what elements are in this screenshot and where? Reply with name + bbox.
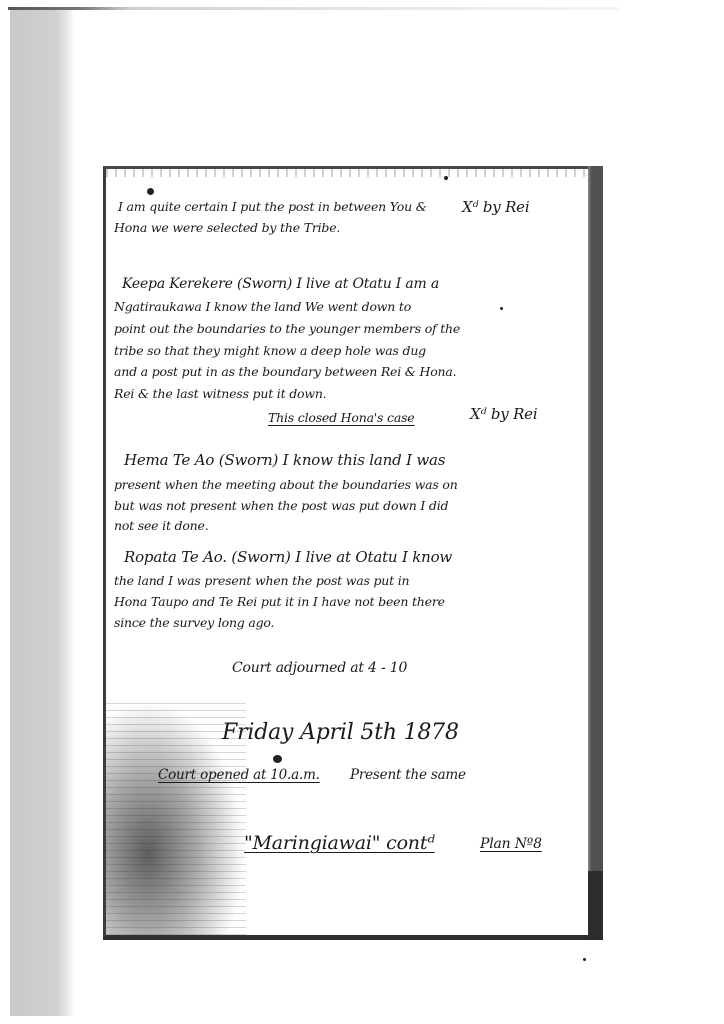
ink-speck — [444, 176, 448, 180]
text-line: Hona we were selected by the Tribe. — [114, 220, 340, 235]
text-line: Rei & the last witness put it down. — [114, 386, 326, 401]
page-top-speckle — [106, 169, 586, 177]
ink-speck — [583, 958, 586, 961]
text-line: Hona Taupo and Te Rei put it in I have n… — [114, 594, 445, 609]
date-heading: Friday April 5th 1878 — [222, 720, 459, 745]
text-line: the land I was present when the post was… — [114, 573, 409, 588]
court-opened-note: Court opened at 10.a.m. — [158, 767, 320, 783]
text-line: present when the meeting about the bound… — [114, 477, 458, 492]
plan-reference: Plan Nº8 — [480, 836, 542, 852]
text-line: not see it done. — [114, 518, 209, 533]
closing-note: This closed Hona's case — [268, 410, 415, 425]
text-line: point out the boundaries to the younger … — [114, 321, 460, 336]
book-binding-shadow — [10, 10, 74, 1016]
scan-top-edge — [8, 7, 618, 10]
text-line: since the survey long ago. — [114, 615, 274, 630]
text-line: Ropata Te Ao. (Sworn) I live at Otatu I … — [124, 548, 452, 566]
text-line: tribe so that they might know a deep hol… — [114, 343, 426, 358]
ink-speck — [500, 307, 503, 310]
text-line: Keepa Kerekere (Sworn) I live at Otatu I… — [122, 276, 439, 292]
margin-note-cross-examined: Xᵈ by Rei — [470, 405, 537, 423]
adjournment-note: Court adjourned at 4 - 10 — [232, 660, 407, 676]
case-title: "Maringiawai" contᵈ — [244, 832, 435, 854]
text-line: but was not present when the post was pu… — [114, 498, 448, 513]
margin-note-cross-examined: Xᵈ by Rei — [462, 198, 529, 216]
ink-blot — [273, 755, 282, 763]
text-line: and a post put in as the boundary betwee… — [114, 364, 456, 379]
page-right-dark-edge — [588, 166, 603, 940]
ink-blot — [147, 188, 154, 195]
text-line: Hema Te Ao (Sworn) I know this land I wa… — [124, 451, 445, 469]
present-note: Present the same — [350, 767, 466, 783]
text-line: I am quite certain I put the post in bet… — [118, 199, 427, 214]
text-line: Ngatiraukawa I know the land We went dow… — [114, 299, 411, 314]
